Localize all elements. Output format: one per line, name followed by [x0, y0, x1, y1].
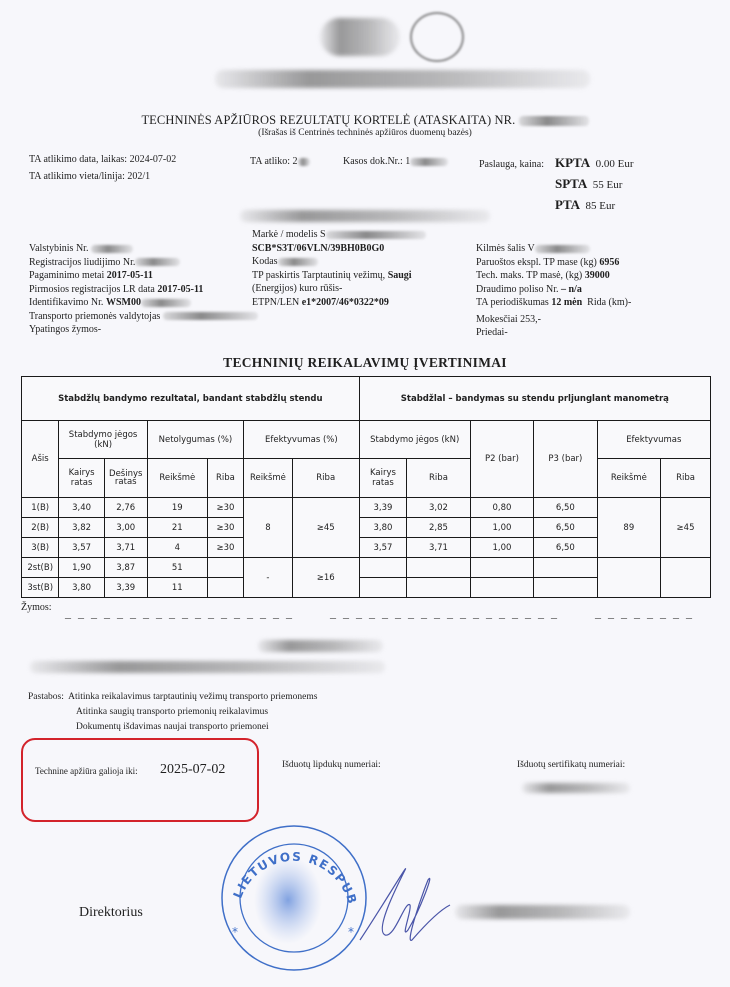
left-wheel-right-header: Kairys ratas — [359, 459, 407, 498]
vehicle-info-right: Kilmės šalis V Paruoštos ekspl. TP mase … — [476, 242, 631, 340]
validity-label: Technine apžiūra galioja iki: — [35, 766, 138, 776]
vin: Identifikavimo Nr. WSM00 — [29, 296, 258, 310]
remarks-dashes-2: _ _ _ _ _ _ _ _ _ _ _ _ _ _ _ _ _ _ — [330, 606, 559, 621]
right-efficiency-value: 89 — [597, 498, 660, 558]
certificates-label: Išduotų sertifikatų numeriai: — [517, 760, 625, 770]
inspection-place: TA atlikimo vieta/linija: 202/1 — [29, 170, 150, 184]
unevenness-header: Netolygumas (%) — [147, 421, 243, 459]
first-registration: Pirmosios registracijos LR data 2017-05-… — [29, 283, 258, 297]
remarks-dashes-1: _ _ _ _ _ _ _ _ _ _ _ _ _ _ _ _ _ _ — [65, 606, 294, 621]
redacted-logo — [320, 18, 400, 56]
main-efficiency-limit: ≥45 — [292, 498, 359, 558]
redacted-line-2 — [30, 661, 385, 673]
validity-date: 2025-07-02 — [160, 762, 225, 778]
inspection-date: TA atlikimo data, laikas: 2024-07-02 — [29, 153, 176, 167]
park-efficiency-limit: ≥16 — [292, 558, 359, 598]
eff-value-header: Reikšmė — [244, 459, 293, 498]
manufacture-year: Pagaminimo metai 2017-05-11 — [29, 269, 258, 283]
origin-country: Kilmės šalis V — [476, 242, 631, 256]
price-pta: PTA 85 Eur — [555, 195, 634, 216]
redacted-organization — [215, 70, 590, 88]
validity-highlight — [21, 738, 259, 822]
uneven-limit-header: Riba — [207, 459, 243, 498]
remarks-label: Žymos: — [21, 602, 52, 613]
etpn: ETPN/LEN e1*2007/46*0322*09 — [252, 296, 426, 310]
inspection-period: TA periodiškumas 12 mėn Rida (km)- — [476, 296, 631, 310]
vehicle-info-left: Valstybinis Nr. Registracijos liudijimo … — [29, 242, 258, 337]
notes: Pastabos: Atitinka reikalavimus tarptaut… — [28, 690, 317, 735]
ready-mass: Paruoštos ekspl. TP mase (kg) 6956 — [476, 256, 631, 270]
main-efficiency-value: 8 — [244, 498, 293, 558]
axis-header: Ašis — [22, 421, 59, 498]
redacted-vehicle-header — [240, 210, 490, 222]
signature-icon — [350, 850, 460, 960]
right-wheel-header: Dešinys ratas — [104, 459, 147, 498]
eff-r-value-header: Reikšmė — [597, 459, 660, 498]
registration-cert: Registracijos liudijimo Nr. — [29, 256, 258, 270]
right-efficiency-limit: ≥45 — [661, 498, 711, 558]
brake-force-right-header: Stabdymo jėgos (kN) — [359, 421, 470, 459]
price-spta: SPTA 55 Eur — [555, 174, 634, 195]
brake-force-header: Stabdymo jėgos (kN) — [59, 421, 147, 459]
model-code: SCB*S3T/06VLN/39BH0B0G0 — [252, 242, 426, 256]
left-group-header: Stabdžlų bandymo rezultatal, bandant sta… — [22, 377, 360, 421]
director-title: Direktorius — [79, 905, 143, 921]
fuel-type: (Energijos) kuro rūšis- — [252, 282, 426, 296]
limit-right-header: Riba — [407, 459, 470, 498]
park-efficiency-value: - — [244, 558, 293, 598]
stickers-label: Išduotų lipdukų numeriai: — [282, 760, 381, 770]
cash-document: Kasos dok.Nr.: 1 — [343, 155, 448, 169]
left-wheel-header: Kairys ratas — [59, 459, 104, 498]
efficiency-pct-header: Efektyvumas (%) — [244, 421, 360, 459]
tech-section-title: TECHNINIŲ REIKALAVIMŲ ĮVERTINIMAI — [0, 355, 730, 371]
max-mass: Tech. maks. TP masė, (kg) 39000 — [476, 269, 631, 283]
attachments: Priedai- — [476, 326, 631, 340]
vehicle-purpose: TP paskirtis Tarptautinių vežimų, Saugi — [252, 269, 426, 283]
svg-text:*: * — [232, 925, 238, 939]
redacted-director-name — [455, 905, 630, 919]
price-kpta: KPTA 0.00 Eur — [555, 153, 634, 174]
remarks-dashes-3: _ _ _ _ _ _ _ _ — [595, 606, 694, 621]
make-model: Markė / modelis S — [252, 228, 426, 242]
eff-r-limit-header: Riba — [661, 459, 711, 498]
document-subtitle: (Išrašas iš Centrinės techninės apžiūros… — [0, 128, 730, 138]
table-row: 2st(B)1,903,87 51 - ≥16 — [22, 558, 711, 578]
p2-header: P2 (bar) — [470, 421, 533, 498]
p3-header: P3 (bar) — [534, 421, 597, 498]
eff-limit-header: Riba — [292, 459, 359, 498]
plate-number: Valstybinis Nr. — [29, 242, 258, 256]
right-group-header: Stabdžlal – bandymas su stendu prljungla… — [359, 377, 710, 421]
special-marks: Ypatingos žymos- — [29, 323, 258, 337]
performed-by: TA atliko: 2 — [250, 155, 310, 169]
insurance-policy: Draudimo poliso Nr. – n/a — [476, 283, 631, 297]
taxes: Mokesčiai 253,- — [476, 313, 631, 327]
pricing-label: Paslauga, kaina: — [479, 158, 544, 172]
logo-circle — [410, 12, 464, 62]
redacted-certificate-number — [522, 783, 630, 793]
owner: Transporto priemonės valdytojas — [29, 310, 258, 324]
redacted-line-1 — [258, 640, 383, 652]
vehicle-code: Kodas — [252, 255, 426, 269]
table-row: 1(B)3,402,76 19≥30 8 ≥45 3,393,02 0,806,… — [22, 498, 711, 518]
pricing-list: KPTA 0.00 Eur SPTA 55 Eur PTA 85 Eur — [555, 153, 634, 216]
notes-label: Pastabos: — [28, 692, 64, 702]
vehicle-info-middle: Markė / modelis S SCB*S3T/06VLN/39BH0B0G… — [252, 228, 426, 309]
stamp-icon: LIETUVOS RESPUBLIKA * * — [216, 820, 372, 976]
efficiency-header: Efektyvumas — [597, 421, 710, 459]
uneven-value-header: Reikšmė — [147, 459, 207, 498]
document-title: TECHNINĖS APŽIŪROS REZULTATŲ KORTELĖ (AT… — [0, 113, 730, 128]
brake-test-table: Stabdžlų bandymo rezultatal, bandant sta… — [21, 376, 711, 598]
